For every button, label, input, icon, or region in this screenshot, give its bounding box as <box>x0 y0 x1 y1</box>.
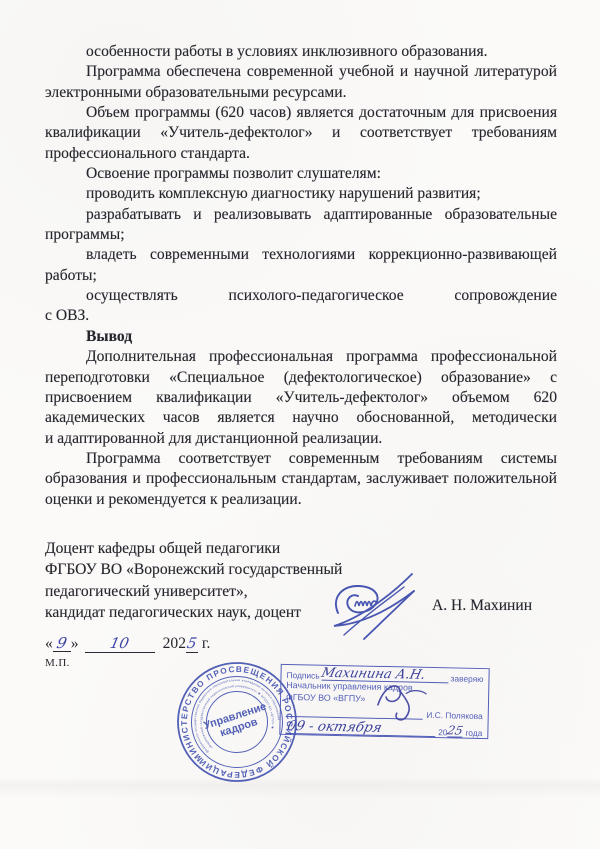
signatory-name: А. Н. Махинин <box>432 597 532 615</box>
certification-stamp: Подпись Махинина А.Н. заверяю Начальник … <box>279 664 489 739</box>
text-line: с ОВЗ. <box>45 306 557 326</box>
handwritten-year-digit: 5 <box>186 637 198 653</box>
text-line: образования и профессиональным стандарта… <box>45 469 557 489</box>
text-line: электронными образовательными ресурсами. <box>45 83 557 103</box>
scanned-review-page: особенности работы в условиях инклюзивно… <box>0 0 600 849</box>
close-quote: » <box>71 635 79 653</box>
text-line: программы; <box>45 225 557 245</box>
certifier-name: И.С. Полякова <box>426 710 483 721</box>
text-line: разрабатывать и реализовывать адаптирова… <box>45 205 557 225</box>
year-printed: 202 <box>163 635 186 653</box>
text-line: академических часов является научно обос… <box>45 408 557 428</box>
text-line: Программа обеспечена современной учебной… <box>45 62 557 82</box>
text-line: присвоением квалификации «Учитель-дефект… <box>45 388 557 408</box>
text-line: оценки и рекомендуется к реализации. <box>45 490 557 510</box>
certify-word: заверяю <box>451 673 484 684</box>
review-body-text: особенности работы в условиях инклюзивно… <box>45 42 557 510</box>
text-line: осуществлять психолого-педагогическое со… <box>45 286 557 306</box>
text-line: квалификации «Учитель-дефектолог» и соот… <box>45 123 557 143</box>
stamp-year-suffix: года <box>465 728 482 738</box>
text-line: Программа соответствует современным треб… <box>45 449 557 469</box>
text-line: особенности работы в условиях инклюзивно… <box>45 42 557 62</box>
seal-place-label: М.П. <box>45 657 70 669</box>
text-line: Освоение программы позволит слушателям: <box>45 164 557 184</box>
text-line: Дополнительная профессиональная программ… <box>45 347 557 367</box>
handwritten-stamp-date: 09 - октября <box>285 720 435 737</box>
handwritten-stamp-year: 25 <box>447 724 462 737</box>
text-line: профессионального стандарта. <box>45 144 557 164</box>
round-official-stamp: МИНИСТЕРСТВО ПРОСВЕЩЕНИЯ РОССИЙСКОЙ ФЕДЕ… <box>174 659 300 785</box>
polyakova-signature-ink <box>374 677 433 720</box>
text-line: и адаптированной для дистанционной реали… <box>45 429 557 449</box>
text-line: переподготовки «Специальное (дефектологи… <box>45 368 557 388</box>
handwritten-day: 9 <box>53 636 71 652</box>
text-line: проводить комплексную диагностику наруше… <box>45 184 557 204</box>
year-suffix: г. <box>202 635 211 653</box>
date-line: «9» 10 2025 г. <box>45 635 210 658</box>
open-quote: « <box>45 635 53 653</box>
handwritten-month: 10 <box>85 637 155 653</box>
text-line: работы; <box>45 266 557 286</box>
text-line: Доцент кафедры общей педагогики <box>45 538 385 559</box>
makhinin-signature-ink <box>324 569 428 645</box>
text-line: Объем программы (620 часов) является дос… <box>45 103 557 123</box>
text-line: владеть современными технологиями коррек… <box>45 245 557 265</box>
text-line: Вывод <box>45 327 557 347</box>
